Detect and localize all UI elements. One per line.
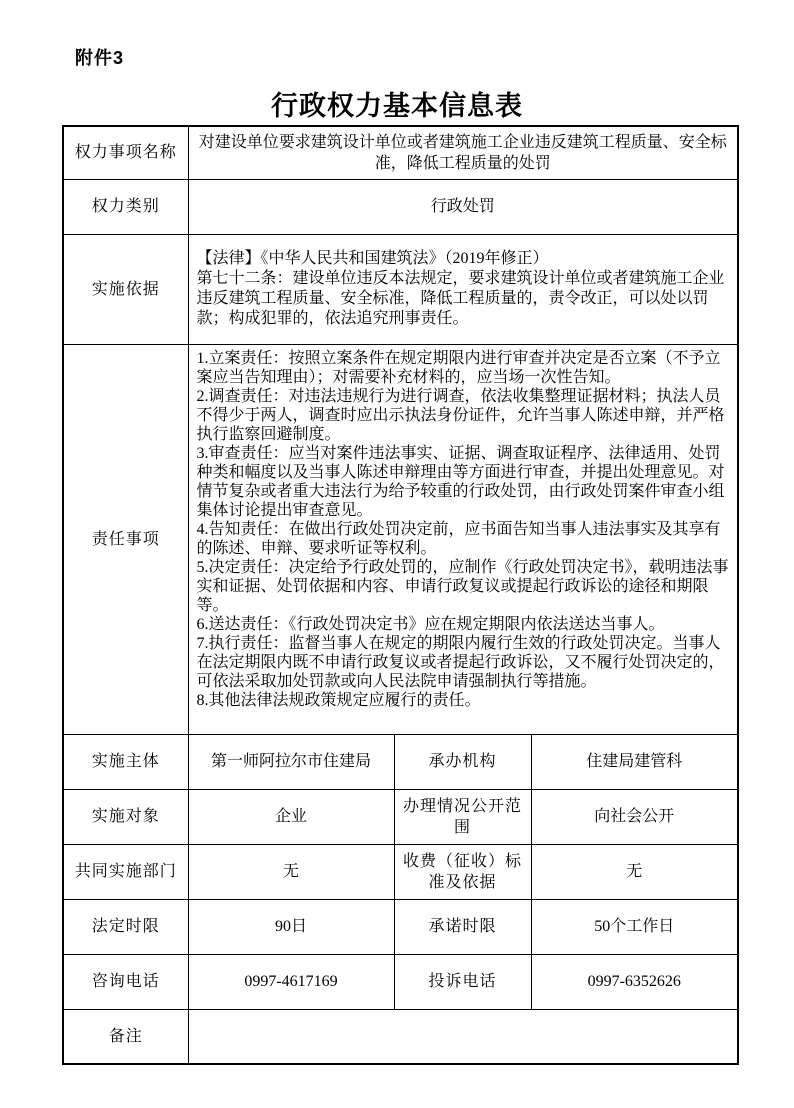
- disclosure-scope-value: 向社会公开: [531, 789, 738, 844]
- implementation-basis-value: 【法律】《中华人民共和国建筑法》（2019年修正） 第七十二条：建设单位违反本法…: [188, 234, 738, 344]
- charging-standard-label: 收费（征收）标准及依据: [394, 844, 531, 899]
- duty-item-6: 6.送达责任：《行政处罚决定书》应在规定期限内依法送达当事人。: [197, 615, 730, 634]
- joint-implementation-department-value: 无: [188, 844, 394, 899]
- joint-implementation-department-label: 共同实施部门: [63, 844, 188, 899]
- admin-power-info-table: 权力事项名称 对建设单位要求建筑设计单位或者建筑施工企业违反建筑工程质量、安全标…: [62, 125, 739, 1065]
- table-row: 法定时限 90日 承诺时限 50个工作日: [63, 899, 738, 954]
- table-row: 咨询电话 0997-4617169 投诉电话 0997-6352626: [63, 954, 738, 1009]
- duty-item-5: 5.决定责任：决定给予行政处罚的，应制作《行政处罚决定书》，载明违法事实和证据、…: [197, 558, 730, 615]
- statutory-time-limit-label: 法定时限: [63, 899, 188, 954]
- consultation-phone-value: 0997-4617169: [188, 954, 394, 1009]
- undertaking-agency-value: 住建局建管科: [531, 734, 738, 789]
- remarks-value: [188, 1009, 738, 1064]
- implementing-body-label: 实施主体: [63, 734, 188, 789]
- complaint-phone-label: 投诉电话: [394, 954, 531, 1009]
- promised-time-limit-value: 50个工作日: [531, 899, 738, 954]
- promised-time-limit-label: 承诺时限: [394, 899, 531, 954]
- duty-item-1: 1.立案责任：按照立案条件在规定期限内进行审查并决定是否立案（不予立案应当告知理…: [197, 349, 730, 387]
- table-row: 实施对象 企业 办理情况公开范围 向社会公开: [63, 789, 738, 844]
- duty-item-8: 8.其他法律法规政策规定应履行的责任。: [197, 691, 730, 710]
- table-row: 共同实施部门 无 收费（征收）标准及依据 无: [63, 844, 738, 899]
- duty-item-2: 2.调查责任：对违法违规行为进行调查，依法收集整理证据材料；执法人员不得少于两人…: [197, 387, 730, 444]
- table-row: 实施主体 第一师阿拉尔市住建局 承办机构 住建局建管科: [63, 734, 738, 789]
- table-row: 备注: [63, 1009, 738, 1064]
- implementing-body-value: 第一师阿拉尔市住建局: [188, 734, 394, 789]
- duty-item-3: 3.审查责任：应当对案件违法事实、证据、调查取证程序、法律适用、处罚种类和幅度以…: [197, 444, 730, 520]
- responsibility-items-label: 责任事项: [63, 344, 188, 734]
- implementation-target-value: 企业: [188, 789, 394, 844]
- implementation-basis-label: 实施依据: [63, 234, 188, 344]
- power-item-name-value: 对建设单位要求建筑设计单位或者建筑施工企业违反建筑工程质量、安全标准，降低工程质…: [188, 126, 738, 179]
- page-title: 行政权力基本信息表: [0, 84, 794, 123]
- disclosure-scope-label: 办理情况公开范围: [394, 789, 531, 844]
- undertaking-agency-label: 承办机构: [394, 734, 531, 789]
- table-row: 责任事项 1.立案责任：按照立案条件在规定期限内进行审查并决定是否立案（不予立案…: [63, 344, 738, 734]
- basis-law-line: 【法律】《中华人民共和国建筑法》（2019年修正）: [197, 249, 730, 269]
- power-category-value: 行政处罚: [188, 179, 738, 234]
- basis-article-line: 第七十二条：建设单位违反本法规定，要求建筑设计单位或者建筑施工企业违反建筑工程质…: [197, 269, 730, 329]
- power-item-name-label: 权力事项名称: [63, 126, 188, 179]
- power-category-label: 权力类别: [63, 179, 188, 234]
- table-row: 实施依据 【法律】《中华人民共和国建筑法》（2019年修正） 第七十二条：建设单…: [63, 234, 738, 344]
- responsibility-items-value: 1.立案责任：按照立案条件在规定期限内进行审查并决定是否立案（不予立案应当告知理…: [188, 344, 738, 734]
- statutory-time-limit-value: 90日: [188, 899, 394, 954]
- implementation-target-label: 实施对象: [63, 789, 188, 844]
- table-row: 权力事项名称 对建设单位要求建筑设计单位或者建筑施工企业违反建筑工程质量、安全标…: [63, 126, 738, 179]
- duty-item-4: 4.告知责任：在做出行政处罚决定前，应书面告知当事人违法事实及其享有的陈述、申辩…: [197, 520, 730, 558]
- complaint-phone-value: 0997-6352626: [531, 954, 738, 1009]
- document-page: 附件3 行政权力基本信息表 权力事项名称 对建设单位要求建筑设计单位或者建筑施工…: [0, 0, 794, 1108]
- attachment-label: 附件3: [75, 44, 124, 70]
- charging-standard-value: 无: [531, 844, 738, 899]
- table-row: 权力类别 行政处罚: [63, 179, 738, 234]
- consultation-phone-label: 咨询电话: [63, 954, 188, 1009]
- remarks-label: 备注: [63, 1009, 188, 1064]
- duty-item-7: 7.执行责任：监督当事人在规定的期限内履行生效的行政处罚决定。当事人在法定期限内…: [197, 634, 730, 691]
